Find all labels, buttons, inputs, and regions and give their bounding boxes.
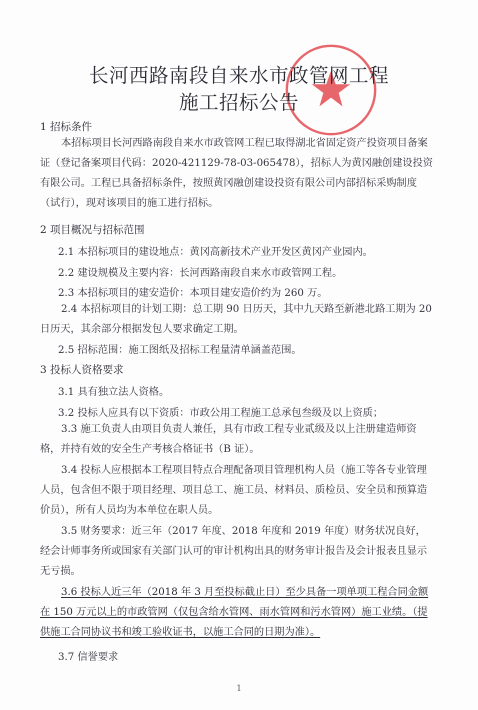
section-3-heading: 3 投标人资格要求 xyxy=(40,362,124,377)
section-1-body: 本招标项目长河西路南段自来水市政管网工程已取得湖北省固定资产投资项目备案证（登记… xyxy=(40,134,435,214)
document-page: 长河西路南段自来水市政管网工程 施工招标公告 1 招标条件 本招标项目长河西路南… xyxy=(0,0,478,710)
item-3-4: 3.4 投标人应根据本工程项目特点合理配备项目管理机构人员（施工等各专业管理人员… xyxy=(40,461,435,521)
item-2-1: 2.1 本招标项目的建设地点：黄冈高新技术产业开发区黄冈产业园内。 xyxy=(58,243,373,258)
section-2-heading: 2 项目概况与招标范围 xyxy=(40,222,145,237)
title-line-2: 施工招标公告 xyxy=(0,87,478,115)
page-number: 1 xyxy=(0,684,478,693)
item-3-5: 3.5 财务要求：近三年（2017 年度、2018 年度和 2019 年度）财务… xyxy=(40,522,435,582)
item-2-2: 2.2 建设规模及主要内容：长河西路南段自来水市政管网工程。 xyxy=(58,264,342,279)
item-3-6: 3.6 投标人近三年（2018 年 3 月至投标截止日）至少具备一项单项工程合同… xyxy=(40,583,435,643)
section-1-heading: 1 招标条件 xyxy=(40,119,92,134)
item-3-1: 3.1 具有独立法人资格。 xyxy=(58,383,169,398)
item-3-3: 3.3 施工负责人由项目负责人兼任，具有市政工程专业贰级及以上注册建造师资格，并… xyxy=(40,420,435,460)
item-2-3: 2.3 本招标项目的建安造价：本项目建安造价约为 260 万。 xyxy=(58,284,327,299)
item-2-4: 2.4 本招标项目的计划工期：总工期 90 日历天，其中九天路至新港北路工期为 … xyxy=(40,300,435,340)
item-3-2: 3.2 投标人应具有以下资质：市政公用工程施工总承包叁级及以上资质； xyxy=(58,404,383,419)
item-3-7: 3.7 信誉要求 xyxy=(58,648,118,663)
item-2-5: 2.5 招标范围：施工图纸及招标工程量清单涵盖范围。 xyxy=(58,341,302,356)
title-line-1: 长河西路南段自来水市政管网工程 xyxy=(0,60,478,88)
